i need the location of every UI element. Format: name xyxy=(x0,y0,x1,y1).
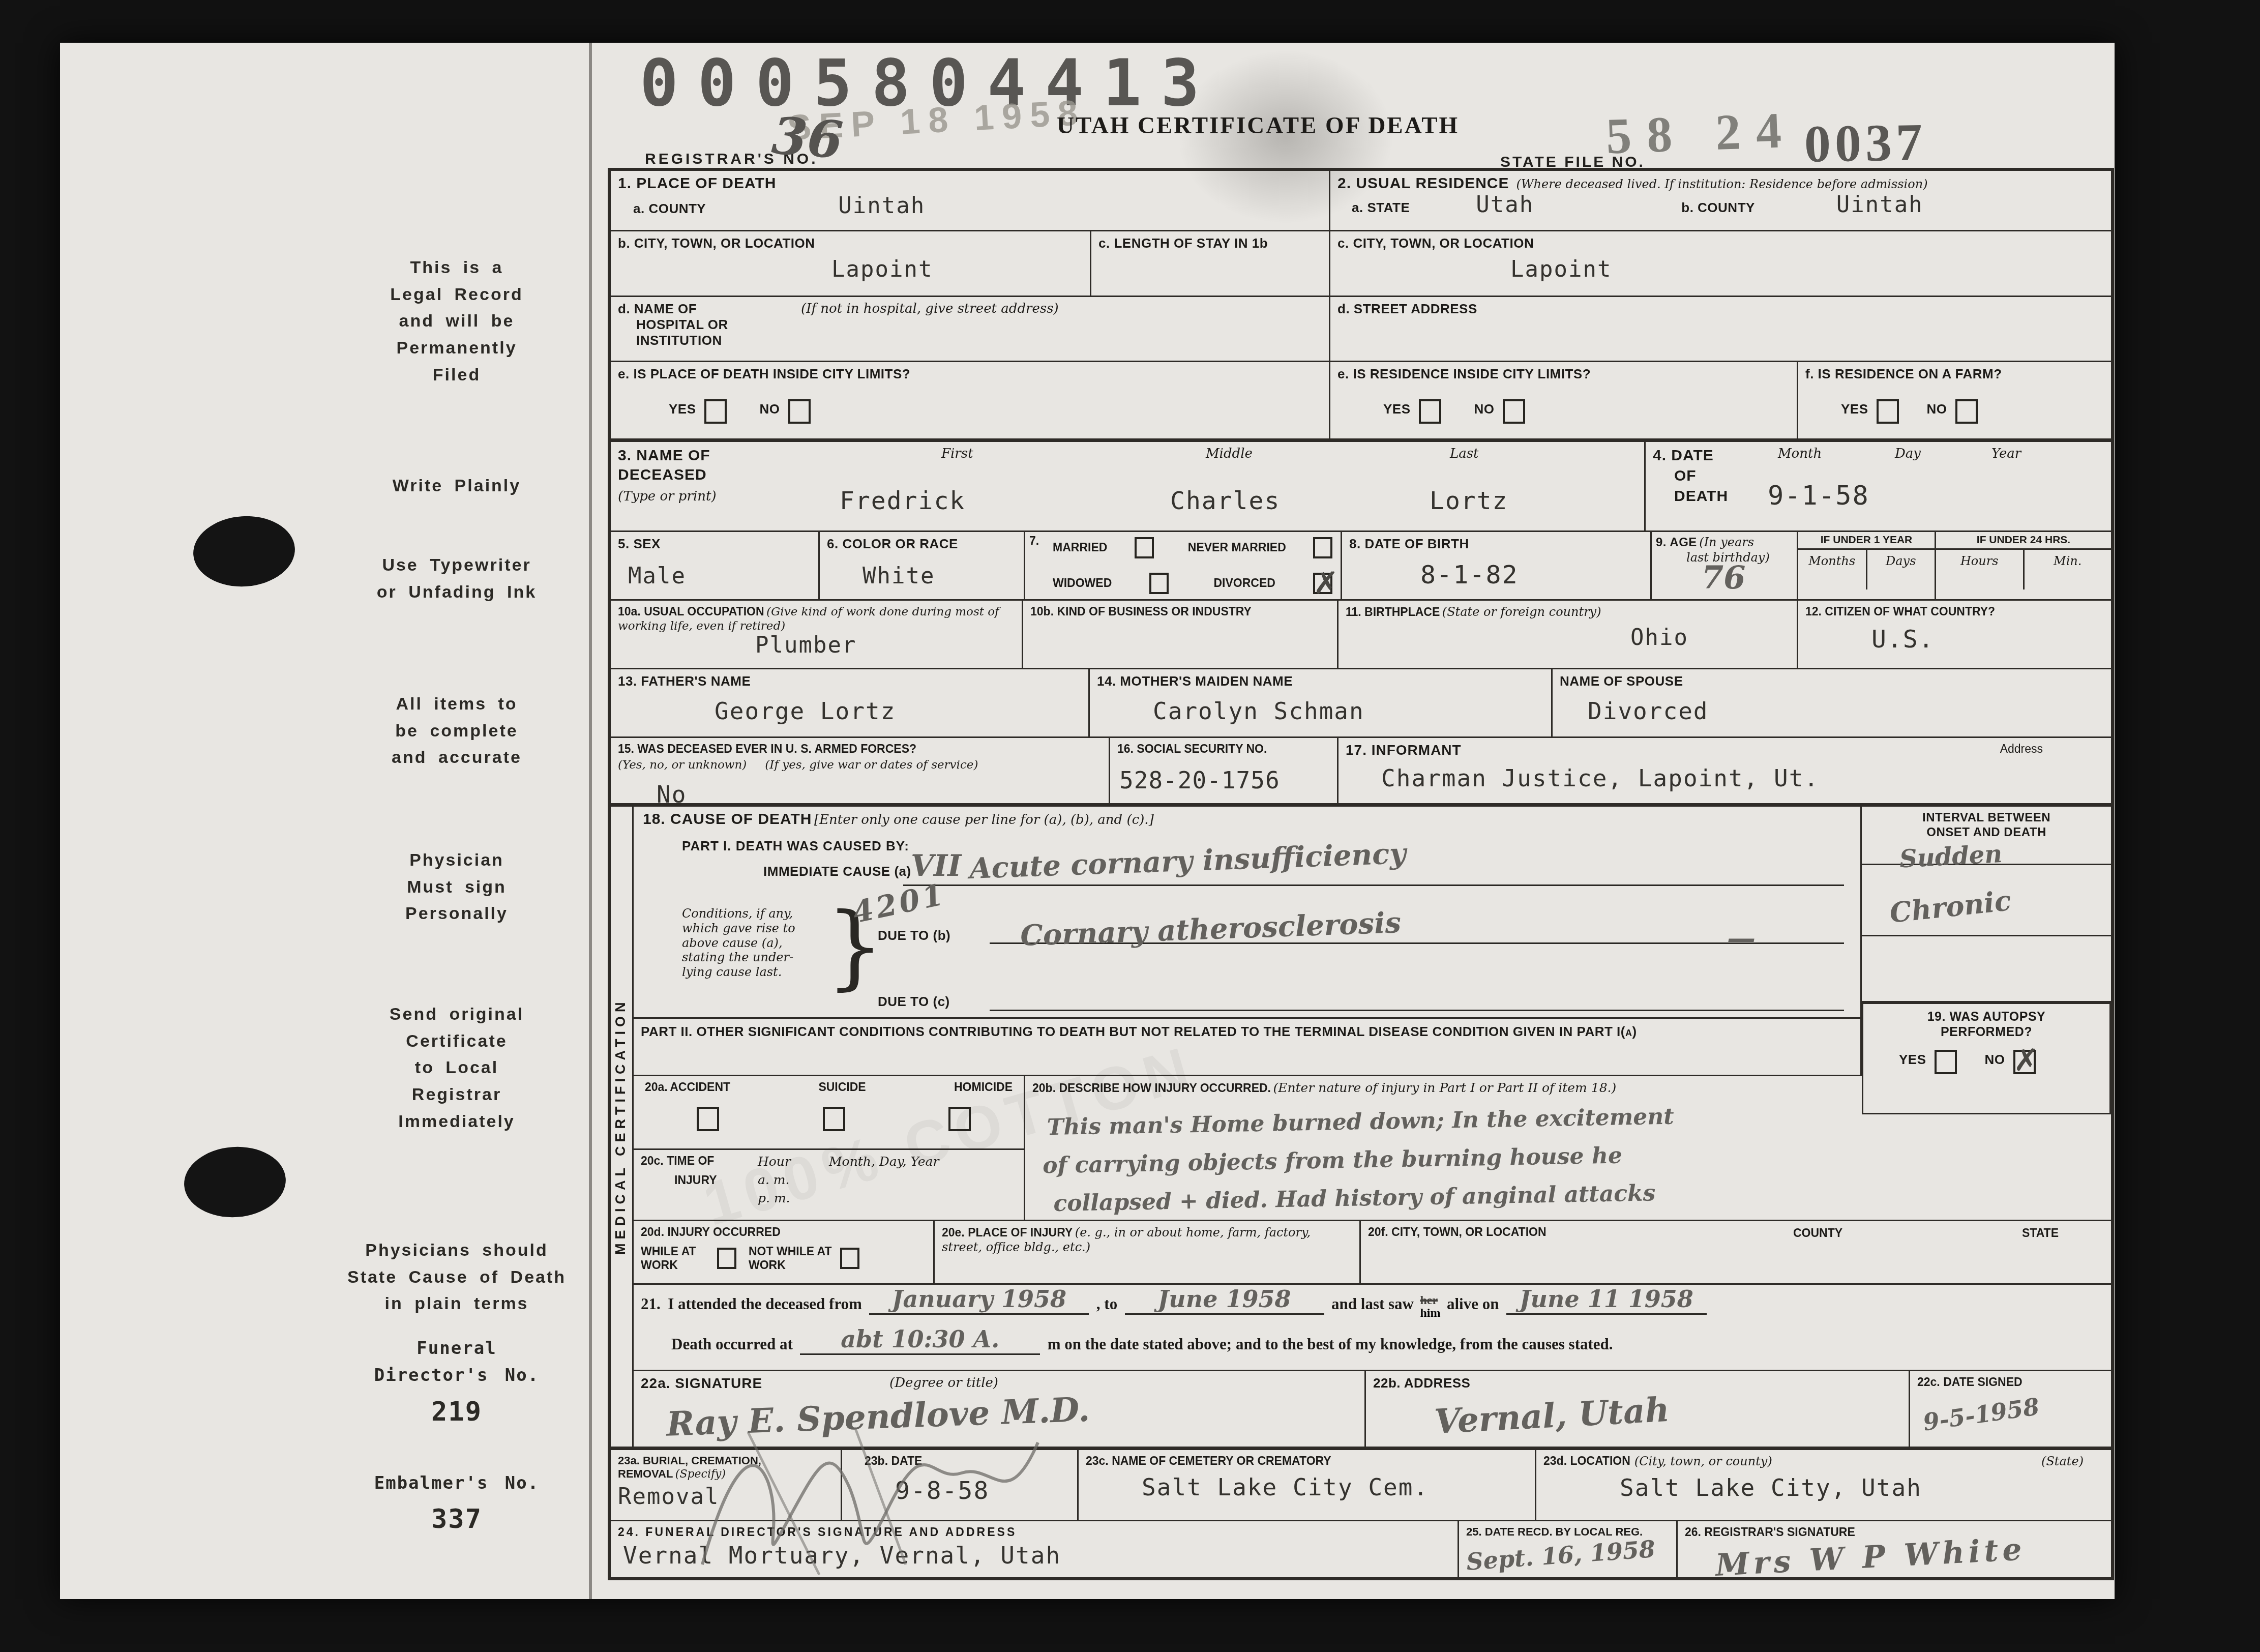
field-name-of-deceased: 3. NAME OF DECEASED (Type or print) Firs… xyxy=(611,442,1646,532)
pm-label: p. m. xyxy=(758,1191,829,1206)
field-label: DEATH xyxy=(1674,488,1728,506)
field-date-signed: 22c. DATE SIGNED 9-5-1958 xyxy=(1910,1371,2111,1450)
address-label: Address xyxy=(2000,742,2043,758)
field-label: NAME OF SPOUSE xyxy=(1560,673,2104,689)
county-label: COUNTY xyxy=(1793,1226,1842,1241)
margin-line: Immediately xyxy=(279,1108,635,1135)
funeral-directors-no-value: 219 xyxy=(279,1392,635,1433)
not-while-at-work-label: NOT WHILE AT WORK xyxy=(749,1245,840,1273)
field-note: (In years xyxy=(1699,535,1754,549)
middle-name-value: Charles xyxy=(1170,489,1280,513)
field-interval-c xyxy=(1862,936,2111,1002)
while-at-work-checkbox xyxy=(717,1248,736,1269)
registrars-no-value: 36 xyxy=(770,105,845,170)
him-text: him xyxy=(1420,1307,1440,1320)
no-label: NO xyxy=(1984,1052,2005,1067)
field-hospital-name: d. NAME OF HOSPITAL OR INSTITUTION (If n… xyxy=(611,297,1330,362)
ssn-value: 528-20-1756 xyxy=(1119,769,1330,792)
field-residence-on-farm: f. IS RESIDENCE ON A FARM? YES NO xyxy=(1798,362,2111,442)
field-if-under-24-hrs: IF UNDER 24 HRS. Hours Min. xyxy=(1936,532,2111,601)
certificate-paper: 100% COTTON This is a Legal Record and w… xyxy=(60,43,2115,1599)
no-label: NO xyxy=(1474,401,1494,417)
field-label: d. STREET ADDRESS xyxy=(1337,301,2104,317)
field-label: e. IS PLACE OF DEATH INSIDE CITY LIMITS? xyxy=(618,366,1322,382)
embalmers-no-value: 337 xyxy=(279,1499,635,1540)
attended-from-value: January 1958 xyxy=(892,1285,1066,1313)
field-label: 20f. CITY, TOWN, OR LOCATION xyxy=(1368,1225,1547,1238)
field-label: REMOVAL xyxy=(618,1467,673,1480)
statement-text: and last saw xyxy=(1331,1295,1414,1313)
birthplace-value: Ohio xyxy=(1630,627,1790,649)
margin-line: Registrar xyxy=(279,1081,635,1108)
divorced-label: DIVORCED xyxy=(1213,576,1275,591)
field-place-of-injury: 20e. PLACE OF INJURY (e. g., in or about… xyxy=(935,1221,1361,1285)
field-label: a. STATE xyxy=(1352,200,1410,216)
field-label: 13. FATHER'S NAME xyxy=(618,673,1081,689)
field-label: 17. INFORMANT xyxy=(1346,742,1462,758)
first-name-value: Fredrick xyxy=(840,489,965,513)
margin-line: Send original xyxy=(279,1001,635,1028)
field-injury-occurred: 20d. INJURY OCCURRED WHILE AT WORK NOT W… xyxy=(634,1221,935,1285)
accident-label: ACCIDENT xyxy=(670,1080,730,1094)
funeral-directors-no: Funeral Director's No. 219 xyxy=(279,1335,635,1433)
field-label: 12. CITIZEN OF WHAT COUNTRY? xyxy=(1805,605,2104,619)
attended-from-blank: January 1958 xyxy=(869,1289,1089,1315)
field-age: 9. AGE (In years last birthday) 76 xyxy=(1652,532,1798,601)
date-of-birth-value: 8-1-82 xyxy=(1420,562,1643,587)
field-registrar-signature: 26. REGISTRAR'S SIGNATURE Mrs W P White xyxy=(1678,1521,2111,1577)
field-date-received: 25. DATE RECD. BY LOCAL REG. Sept. 16, 1… xyxy=(1459,1521,1678,1577)
never-married-label: NEVER MARRIED xyxy=(1188,541,1286,555)
funeral-director-signature-scrawl xyxy=(687,1412,1053,1580)
field-note: (If not in hospital, give street address… xyxy=(801,301,1059,349)
yes-label: YES xyxy=(1841,401,1868,417)
field-label: 15. WAS DECEASED EVER IN U. S. ARMED FOR… xyxy=(618,742,1102,756)
death-city-value: Lapoint xyxy=(831,258,1083,281)
conditions-note-line: which gave rise to xyxy=(682,921,829,936)
never-married-checkbox xyxy=(1313,537,1332,558)
margin-line: Certificate xyxy=(279,1028,635,1055)
due-to-b-label: DUE TO (b) xyxy=(878,928,950,943)
field-sex: 5. SEX Male xyxy=(611,532,820,601)
yes-checkbox xyxy=(1419,399,1441,424)
field-label: a. COUNTY xyxy=(633,201,706,217)
margin-line: Physicians should xyxy=(258,1237,655,1264)
death-time-value: abt 10:30 A. xyxy=(841,1325,999,1353)
field-death-inside-city-limits: e. IS PLACE OF DEATH INSIDE CITY LIMITS?… xyxy=(611,362,1330,442)
field-label: 9. AGE xyxy=(1656,536,1697,549)
sex-value: Male xyxy=(628,565,811,587)
autopsy-no-checkbox: ✗ xyxy=(2013,1050,2036,1074)
field-armed-forces: 15. WAS DECEASED EVER IN U. S. ARMED FOR… xyxy=(611,738,1110,807)
first-name-label: First xyxy=(941,446,973,462)
hours-label: Hours xyxy=(1936,550,2025,589)
married-checkbox xyxy=(1135,537,1154,558)
death-time-blank: abt 10:30 A. xyxy=(800,1329,1040,1355)
attended-to-blank: June 1958 xyxy=(1125,1289,1324,1315)
last-name-label: Last xyxy=(1450,446,1479,462)
field-label: 8. DATE OF BIRTH xyxy=(1349,536,1643,552)
field-note: (Degree or title) xyxy=(889,1375,998,1392)
field-label: c. LENGTH OF STAY IN 1b xyxy=(1098,235,1322,251)
margin-line: Filed xyxy=(279,362,635,389)
state-file-no-stamp: 58 24 xyxy=(1605,100,1798,165)
day-label: Day xyxy=(1895,446,1921,462)
field-injury-city: 20f. CITY, TOWN, OR LOCATION COUNTY STAT… xyxy=(1361,1221,2111,1285)
margin-line: Personally xyxy=(279,900,635,927)
state-note: (State) xyxy=(2041,1454,2084,1469)
margin-line: This is a xyxy=(279,254,635,281)
field-cause-of-death: 18. CAUSE OF DEATH [Enter only one cause… xyxy=(634,807,1862,1019)
medical-certification-side-label: MEDICAL CERTIFICATION xyxy=(611,807,634,1450)
no-label: NO xyxy=(1926,401,1947,417)
margin-line: Legal Record xyxy=(279,281,635,308)
field-label: 23d. LOCATION xyxy=(1543,1454,1630,1469)
months-label: Months xyxy=(1798,550,1867,589)
margin-line: Must sign xyxy=(279,874,635,901)
homicide-label: HOMICIDE xyxy=(954,1080,1013,1095)
field-cemetery-name: 23c. NAME OF CEMETERY OR CREMATORY Salt … xyxy=(1079,1450,1536,1521)
field-name-of-spouse: NAME OF SPOUSE Divorced xyxy=(1553,669,2111,738)
occupation-value: Plumber xyxy=(755,634,1015,657)
divorced-checkmark: ✗ xyxy=(1313,566,1339,601)
field-label: IF UNDER 1 YEAR xyxy=(1798,532,1935,550)
margin-line: be complete xyxy=(279,718,635,745)
field-color-or-race: 6. COLOR OR RACE White xyxy=(820,532,1025,601)
margin-line: to Local xyxy=(279,1054,635,1081)
am-label: a. m. xyxy=(758,1172,829,1188)
cause-c-line xyxy=(990,807,1844,1011)
margin-note-complete-accurate: All items to be complete and accurate xyxy=(279,691,635,771)
field-label: 20b. DESCRIBE HOW INJURY OCCURRED. xyxy=(1032,1081,1271,1095)
no-label: NO xyxy=(759,401,780,417)
field-label: 11. BIRTHPLACE xyxy=(1346,605,1440,618)
field-label: 20d. INJURY OCCURRED xyxy=(641,1225,926,1240)
page-title: UTAH CERTIFICATE OF DEATH xyxy=(1057,112,1459,139)
field-label: 2. USUAL RESIDENCE xyxy=(1337,175,1509,193)
field-label: IF UNDER 24 HRS. xyxy=(1936,532,2111,550)
field-label: 6. COLOR OR RACE xyxy=(827,536,1017,552)
conditions-note-line: above cause (a), xyxy=(682,936,829,951)
date-received-value: Sept. 16, 1958 xyxy=(1466,1536,1670,1575)
her-strikethrough: her xyxy=(1420,1294,1440,1307)
item-number: 21. xyxy=(641,1295,661,1313)
field-social-security-no: 16. SOCIAL SECURITY NO. 528-20-1756 xyxy=(1110,738,1339,807)
field-citizen-of-country: 12. CITIZEN OF WHAT COUNTRY? U.S. xyxy=(1798,601,2111,669)
field-usual-occupation: 10a. USUAL OCCUPATION (Give kind of work… xyxy=(611,601,1023,669)
field-label: INJURY xyxy=(674,1173,758,1188)
last-name-value: Lortz xyxy=(1430,489,1508,513)
statement-text: alive on xyxy=(1447,1295,1499,1313)
fathers-name-value: George Lortz xyxy=(715,699,1081,723)
punch-hole xyxy=(182,1143,288,1221)
margin-line: Embalmer's No. xyxy=(279,1470,635,1497)
cemetery-location-value: Salt Lake City, Utah xyxy=(1620,1476,2104,1499)
field-label: d. NAME OF xyxy=(618,301,770,317)
race-value: White xyxy=(863,565,1017,587)
suicide-label: SUICIDE xyxy=(818,1080,866,1095)
yes-checkbox xyxy=(704,399,727,424)
conditions-note-line: lying cause last. xyxy=(682,965,829,980)
conditions-note-line: stating the under- xyxy=(682,950,829,965)
suicide-checkbox xyxy=(823,1107,845,1131)
field-autopsy: 19. WAS AUTOPSY PERFORMED? YES NO ✗ xyxy=(1862,1002,2111,1114)
field-informant: 17. INFORMANT Address Charman Justice, L… xyxy=(1339,738,2111,807)
citizenship-value: U.S. xyxy=(1871,627,2104,652)
field-note: (If yes, give war or dates of service) xyxy=(765,758,978,773)
margin-line: in plain terms xyxy=(258,1290,655,1317)
informant-value: Charman Justice, Lapoint, Ut. xyxy=(1381,766,2104,790)
statement-text: , to xyxy=(1096,1295,1117,1313)
field-note: (State or foreign country) xyxy=(1442,605,1601,619)
field-residence-city: c. CITY, TOWN, OR LOCATION Lapoint xyxy=(1330,231,2111,297)
field-label: INSTITUTION xyxy=(636,333,770,348)
field-label: INTERVAL BETWEEN xyxy=(1869,811,2104,825)
field-note: (Yes, no, or unknown) xyxy=(618,758,747,773)
margin-line: Use Typewriter xyxy=(279,552,635,579)
field-kind-of-business: 10b. KIND OF BUSINESS OR INDUSTRY xyxy=(1023,601,1339,669)
field-label: 10b. KIND OF BUSINESS OR INDUSTRY xyxy=(1030,605,1330,619)
field-label: 20c. TIME OF xyxy=(641,1154,758,1168)
side-label-text: MEDICAL CERTIFICATION xyxy=(613,807,631,1447)
residence-city-value: Lapoint xyxy=(1510,258,2104,281)
autopsy-no-checkmark: ✗ xyxy=(2013,1043,2039,1078)
county-of-death-value: Uintah xyxy=(838,195,925,217)
widowed-label: WIDOWED xyxy=(1053,576,1112,591)
hour-label: Hour xyxy=(758,1154,829,1169)
margin-line: Director's No. xyxy=(279,1362,635,1389)
field-label: e. IS RESIDENCE INSIDE CITY LIMITS? xyxy=(1337,366,1790,382)
cemetery-name-value: Salt Lake City Cem. xyxy=(1142,1476,1528,1499)
statement-text: Death occurred at xyxy=(671,1335,793,1353)
widowed-checkbox xyxy=(1149,573,1169,594)
no-checkbox xyxy=(788,399,811,424)
margin-line: Physician xyxy=(279,847,635,874)
field-note: (City, town, or county) xyxy=(1634,1454,1772,1469)
field-fathers-name: 13. FATHER'S NAME George Lortz xyxy=(611,669,1090,738)
attended-to-value: June 1958 xyxy=(1158,1285,1291,1313)
field-label: 7. xyxy=(1029,534,1039,548)
margin-note-send-original: Send original Certificate to Local Regis… xyxy=(279,1001,635,1135)
field-label: 3. NAME OF xyxy=(618,447,710,465)
yes-checkbox xyxy=(1877,399,1899,424)
margin-note-physician-sign: Physician Must sign Personally xyxy=(279,847,635,927)
immediate-cause-label: IMMEDIATE CAUSE (a) xyxy=(763,864,911,879)
homicide-checkbox xyxy=(948,1107,971,1131)
conditions-note-line: Conditions, if any, xyxy=(682,906,829,921)
certificate-form: 1. PLACE OF DEATH a. COUNTY Uintah 2. US… xyxy=(608,168,2114,1580)
margin-note-legal-record: This is a Legal Record and will be Perma… xyxy=(279,254,635,388)
spouse-value: Divorced xyxy=(1588,699,2104,723)
field-mothers-maiden-name: 14. MOTHER'S MAIDEN NAME Carolyn Schman xyxy=(1090,669,1553,738)
field-death-city: b. CITY, TOWN, OR LOCATION Lapoint xyxy=(611,231,1091,297)
date-of-death-value: 9-1-58 xyxy=(1768,483,1869,509)
field-label: HOSPITAL OR xyxy=(636,317,770,333)
field-length-of-stay: c. LENGTH OF STAY IN 1b xyxy=(1091,231,1330,297)
field-note: (Where deceased lived. If institution: R… xyxy=(1516,177,1928,192)
statement-text: I attended the deceased from xyxy=(668,1295,862,1313)
residence-county-value: Uintah xyxy=(1836,194,1923,216)
field-label: DECEASED xyxy=(618,466,707,484)
field-physician-address: 22b. ADDRESS Vernal, Utah xyxy=(1366,1371,1910,1450)
cause-a-code: VII xyxy=(911,850,961,881)
margin-line: and will be xyxy=(279,308,635,335)
field-label: 16. SOCIAL SECURITY NO. xyxy=(1117,742,1330,756)
field-label: PERFORMED? xyxy=(1868,1024,2104,1040)
state-file-no-stamp: 0037 xyxy=(1804,112,1927,174)
field-birthplace: 11. BIRTHPLACE (State or foreign country… xyxy=(1339,601,1798,669)
field-street-address: d. STREET ADDRESS xyxy=(1330,297,2111,362)
field-label: 5. SEX xyxy=(618,536,811,552)
autopsy-yes-checkbox xyxy=(1935,1050,1957,1074)
no-checkbox xyxy=(1503,399,1525,424)
due-to-c-label: DUE TO (c) xyxy=(878,994,950,1010)
field-label: 20a. xyxy=(645,1080,668,1094)
margin-line: and accurate xyxy=(279,744,635,771)
margin-line: or Unfading Ink xyxy=(279,579,635,606)
field-label: 22a. SIGNATURE xyxy=(641,1375,762,1392)
field-interval-onset-death: INTERVAL BETWEEN ONSET AND DEATH Sudden xyxy=(1862,807,2111,865)
field-interval-b: Chronic xyxy=(1862,865,2111,936)
field-label: 10a. USUAL OCCUPATION xyxy=(618,605,764,618)
field-label: 19. WAS AUTOPSY xyxy=(1868,1009,2104,1024)
days-label: Days xyxy=(1867,550,1935,589)
age-value: 76 xyxy=(1702,561,1793,594)
margin-line: All items to xyxy=(279,691,635,718)
no-checkbox xyxy=(1955,399,1978,424)
last-saw-value: June 11 1958 xyxy=(1520,1285,1693,1313)
field-note: (Type or print) xyxy=(618,489,717,505)
field-note: (Enter nature of injury in Part I or Par… xyxy=(1273,1080,1616,1095)
field-date-of-birth: 8. DATE OF BIRTH 8-1-82 xyxy=(1342,532,1652,601)
interval-b-value: Chronic xyxy=(1888,876,2105,927)
field-label: 4. DATE xyxy=(1653,447,1714,465)
her-him-choice: herhim xyxy=(1420,1294,1440,1320)
year-label: Year xyxy=(1991,446,2021,462)
armed-forces-value: No xyxy=(657,783,687,806)
field-time-of-injury: 20c. TIME OF INJURY Hour a. m. p. m. Mon… xyxy=(634,1150,1025,1221)
cause-b-code: 4201 xyxy=(850,878,949,928)
field-if-under-1-year: IF UNDER 1 YEAR Months Days xyxy=(1798,532,1936,601)
margin-note-plain-terms: Physicians should State Cause of Death i… xyxy=(258,1237,655,1317)
field-label: b. COUNTY xyxy=(1681,200,1755,216)
margin-line: Funeral xyxy=(279,1335,635,1362)
margin-line: Write Plainly xyxy=(279,473,635,499)
accident-checkbox xyxy=(697,1107,719,1131)
margin-line: State Cause of Death xyxy=(258,1264,655,1291)
field-label: 18. CAUSE OF DEATH xyxy=(643,811,812,828)
field-accident-suicide-homicide: 20a. ACCIDENT SUICIDE HOMICIDE xyxy=(634,1076,1025,1150)
field-cemetery-location: 23d. LOCATION (City, town, or county) (S… xyxy=(1536,1450,2111,1521)
field-label: OF xyxy=(1674,467,1697,485)
field-label: c. CITY, TOWN, OR LOCATION xyxy=(1337,235,2104,251)
divorced-checkbox: ✗ xyxy=(1313,573,1332,594)
field-attended-statement: 21. I attended the deceased from January… xyxy=(634,1285,2111,1371)
field-date-of-death: 4. DATE OF DEATH Month Day Year 9-1-58 xyxy=(1646,442,2111,532)
min-label: Min. xyxy=(2025,550,2112,589)
statement-text: m on the date stated above; and to the b… xyxy=(1048,1335,1613,1353)
last-saw-blank: June 11 1958 xyxy=(1506,1289,1707,1315)
yes-label: YES xyxy=(1383,401,1411,417)
middle-name-label: Middle xyxy=(1206,446,1253,462)
margin-line: Permanently xyxy=(279,335,635,362)
yes-label: YES xyxy=(1899,1052,1926,1067)
field-label: 20e. PLACE OF INJURY xyxy=(942,1226,1073,1239)
field-usual-residence: 2. USUAL RESIDENCE (Where deceased lived… xyxy=(1330,171,2111,231)
field-marital-status: 7. MARRIED NEVER MARRIED WIDOWED DIVORCE… xyxy=(1025,532,1342,601)
field-label: b. CITY, TOWN, OR LOCATION xyxy=(618,235,1083,251)
margin-note-write-plainly: Write Plainly xyxy=(279,473,635,499)
field-place-of-death: 1. PLACE OF DEATH a. COUNTY Uintah xyxy=(611,171,1330,231)
field-residence-inside-city-limits: e. IS RESIDENCE INSIDE CITY LIMITS? YES … xyxy=(1330,362,1798,442)
embalmers-no: Embalmer's No. 337 xyxy=(279,1470,635,1540)
date-signed-value: 9-5-1958 xyxy=(1921,1385,2104,1435)
field-label: 14. MOTHER'S MAIDEN NAME xyxy=(1097,673,1544,689)
part2-label: PART II. OTHER SIGNIFICANT CONDITIONS CO… xyxy=(641,1024,1853,1040)
scanned-death-certificate: 100% COTTON This is a Legal Record and w… xyxy=(0,0,2260,1652)
married-label: MARRIED xyxy=(1053,541,1107,555)
not-while-at-work-checkbox xyxy=(840,1248,859,1269)
field-label: 22c. DATE SIGNED xyxy=(1917,1375,2104,1390)
field-label: 1. PLACE OF DEATH xyxy=(618,175,1322,193)
month-label: Month xyxy=(1778,446,1822,462)
part1-label: PART I. DEATH WAS CAUSED BY: xyxy=(682,838,909,854)
field-label: 23c. NAME OF CEMETERY OR CREMATORY xyxy=(1086,1454,1528,1468)
while-at-work-label: WHILE AT WORK xyxy=(641,1245,717,1273)
mothers-maiden-name-value: Carolyn Schman xyxy=(1153,699,1544,723)
residence-state-value: Utah xyxy=(1476,194,1534,216)
month-day-year-label: Month, Day, Year xyxy=(829,1154,939,1206)
yes-label: YES xyxy=(669,401,696,417)
field-part2-conditions: PART II. OTHER SIGNIFICANT CONDITIONS CO… xyxy=(634,1019,1862,1076)
margin-note-typewriter: Use Typewriter or Unfading Ink xyxy=(279,552,635,605)
state-label: STATE xyxy=(2022,1226,2059,1241)
field-label: f. IS RESIDENCE ON A FARM? xyxy=(1805,366,2104,382)
